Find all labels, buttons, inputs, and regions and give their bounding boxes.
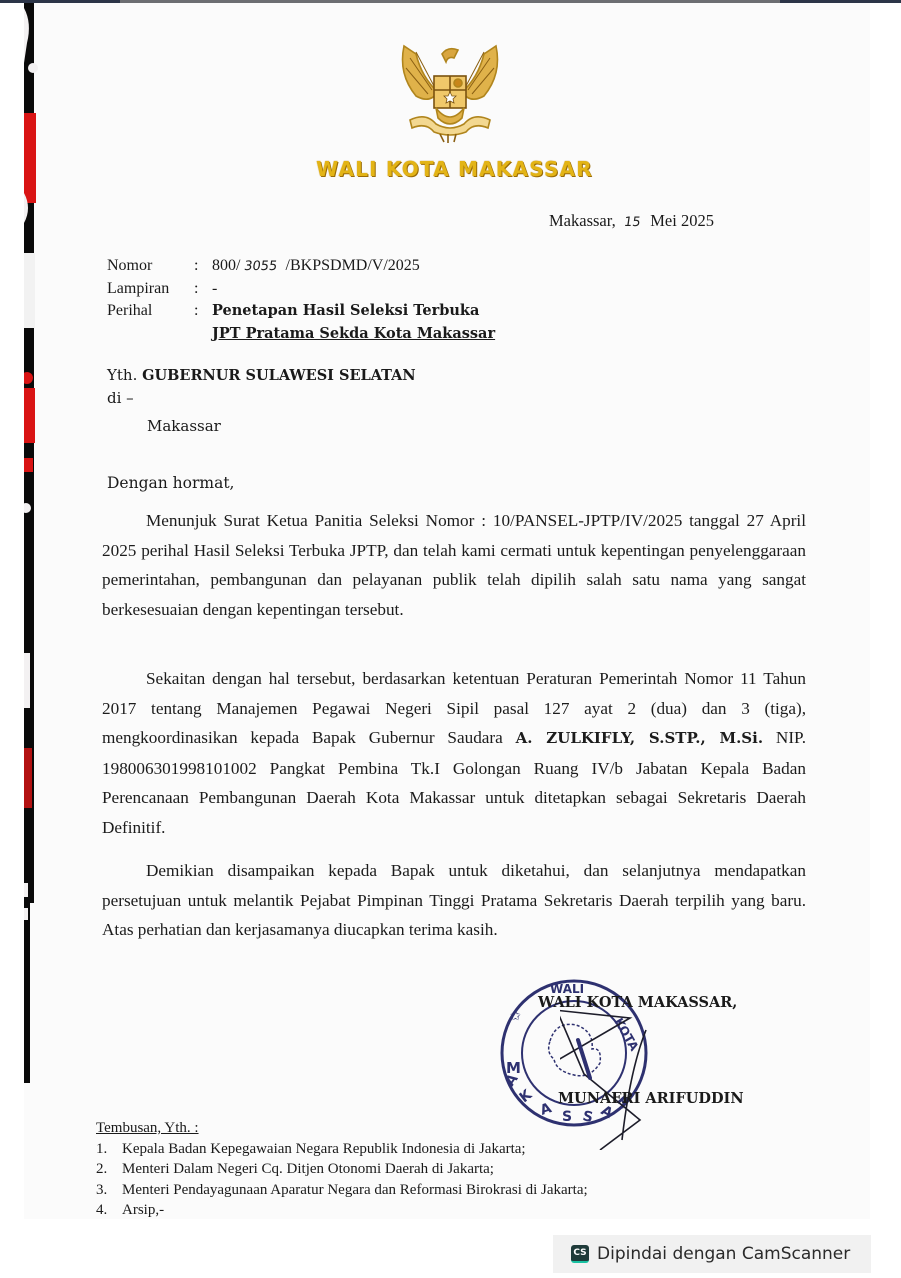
cc-item-number: 1. [96,1139,107,1160]
date-day-handwritten: 15 [623,215,642,230]
cc-title: Tembusan, Yth. : [96,1118,588,1139]
perihal-label: Perihal [107,300,195,323]
body-paragraph-1: Menunjuk Surat Ketua Panitia Seleksi Nom… [102,506,806,624]
nomor-handwritten: 3055 [243,256,279,279]
cc-item-number: 4. [96,1200,107,1221]
lampiran-label: Lampiran [107,278,195,301]
cc-item: 1.Kepala Badan Kepegawaian Negara Republ… [96,1139,588,1160]
salutation: Dengan hormat, [107,474,234,492]
date-month-year: Mei 2025 [650,211,714,230]
recipient-name: GUBERNUR SULAWESI SELATAN [142,367,416,384]
date-place: Makassar, [549,211,616,230]
svg-text:K: K [517,1086,536,1106]
cc-item-number: 2. [96,1159,107,1180]
letterhead-title: WALI KOTA MAKASSAR [0,157,901,181]
cc-item-text: Menteri Dalam Negeri Cq. Ditjen Otonomi … [122,1161,494,1177]
camscanner-watermark: CS Dipindai dengan CamScanner [553,1235,871,1273]
perihal-line2: JPT Pratama Sekda Kota Makassar [212,323,495,346]
recipient-line: Yth. GUBERNUR SULAWESI SELATAN [107,364,416,387]
cc-item-number: 3. [96,1180,107,1201]
letter-date: Makassar,15Mei 2025 [549,211,714,231]
recipient-prefix: Yth. [107,366,137,384]
paragraph-text: Demikian disampaikan kepada Bapak untuk … [102,856,806,945]
garuda-emblem-icon [396,34,504,144]
lampiran-value: - [212,278,217,301]
cc-item-text: Arsip,- [122,1202,164,1218]
nomor-suffix: /BKPSDMD/V/2025 [286,257,420,274]
body-paragraph-2: Sekaitan dengan hal tersebut, berdasarka… [102,664,806,843]
signatory-name: MUNAFRI ARIFUDDIN [558,1090,744,1107]
body-paragraph-3: Demikian disampaikan kepada Bapak untuk … [102,856,806,945]
paragraph-text: Sekaitan dengan hal tersebut, berdasarka… [102,664,806,843]
nomor-prefix: 800/ [212,257,240,274]
colon: : [194,255,198,278]
camscanner-logo-icon: CS [571,1245,589,1263]
colon: : [194,300,198,323]
recipient-block: Yth. GUBERNUR SULAWESI SELATAN di – Maka… [107,364,416,437]
watermark-text: Dipindai dengan CamScanner [597,1244,850,1264]
paragraph-text: Menunjuk Surat Ketua Panitia Seleksi Nom… [102,506,806,624]
cc-item: 4.Arsip,- [96,1200,588,1221]
nomor-label: Nomor [107,255,195,278]
nomor-value: 800/3055/BKPSDMD/V/2025 [212,255,420,279]
cc-item: 2.Menteri Dalam Negeri Cq. Ditjen Otonom… [96,1159,588,1180]
cc-list: 1.Kepala Badan Kepegawaian Negara Republ… [96,1139,588,1221]
nominee-name: A. ZULKIFLY, S.STP., M.Si. [516,729,763,747]
recipient-city: Makassar [107,415,416,437]
colon: : [194,278,198,301]
svg-text:✩: ✩ [510,1009,521,1024]
perihal-line1: Penetapan Hasil Seleksi Terbuka [212,300,479,323]
recipient-di: di – [107,387,416,409]
carbon-copy-block: Tembusan, Yth. : 1.Kepala Badan Kepegawa… [96,1118,588,1221]
cc-item-text: Menteri Pendayagunaan Aparatur Negara da… [122,1182,588,1198]
cc-item-text: Kepala Badan Kepegawaian Negara Republik… [122,1141,526,1157]
cc-item: 3.Menteri Pendayagunaan Aparatur Negara … [96,1180,588,1201]
